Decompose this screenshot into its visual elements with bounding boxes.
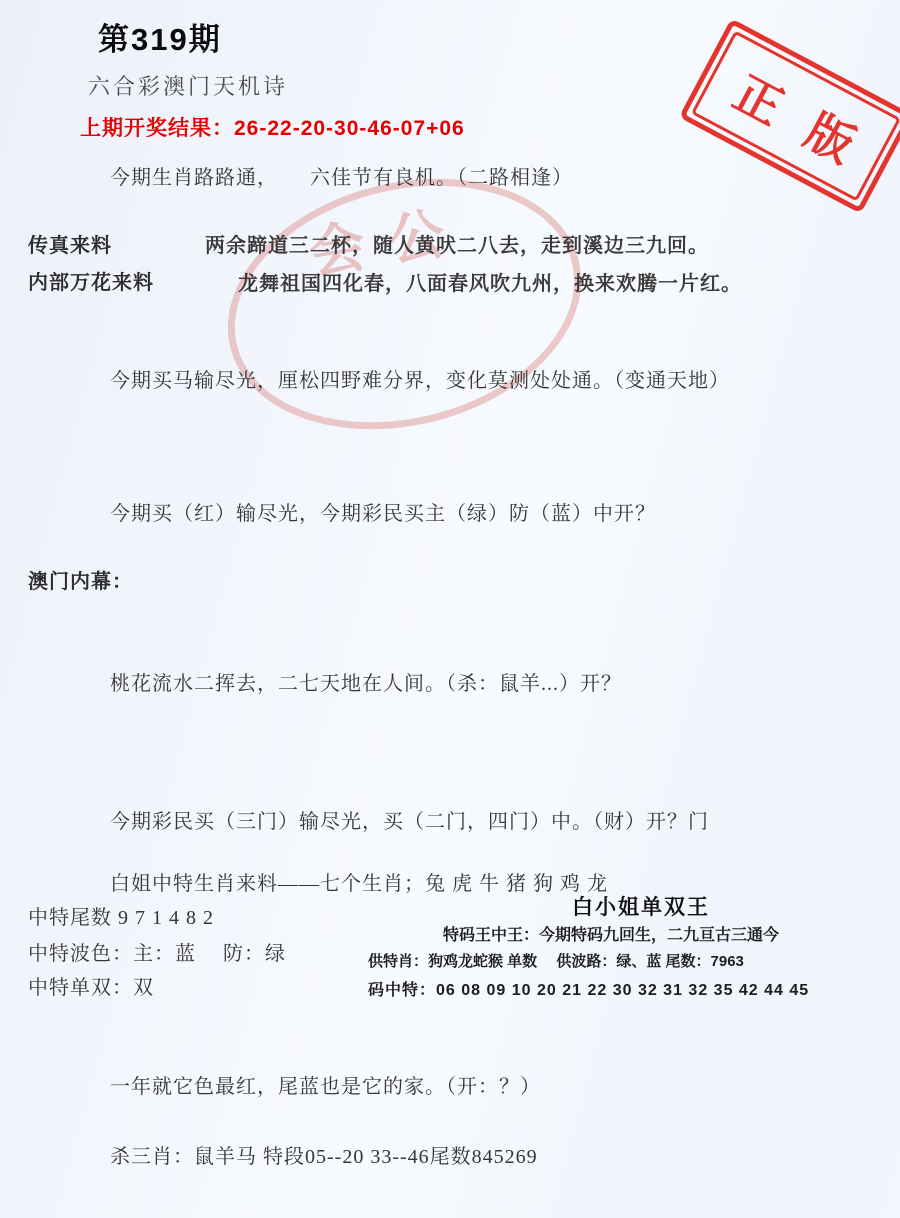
fax-material-poem: 两余蹄道三二杯，随人黄吠二八去，走到溪边三九回。 [205,229,709,258]
poem-zodiac-line: 今期生肖路路通， 六佳节有良机。（二路相逢） [110,161,573,190]
stat-wave-color: 中特波色：主：蓝 防：绿 [28,937,286,966]
round-seal-watermark [201,143,608,465]
stat-odd-even: 中特单双：双 [28,971,154,1000]
document-page: 会公 正版 第319期 六合彩澳门天机诗 上期开奖结果：26-22-20-30-… [0,0,900,1218]
last-draw-result-label: 上期开奖结果： [80,117,234,140]
right-block-title: 白小姐单双王 [572,891,710,921]
stat-tail-numbers: 中特尾数 9 7 1 4 8 2 [28,901,214,930]
last-draw-result-numbers: 26-22-20-30-46-07+06 [234,117,465,140]
special-code-numbers-line: 码中特：06 08 09 10 20 21 22 30 32 31 32 35 … [368,977,809,1000]
poem-color-line: 今期买（红）输尽光，今期彩民买主（绿）防（蓝）中开？ [110,497,656,526]
poem-peach-line: 桃花流水二挥去，二七天地在人间。（杀：鼠羊...）开？ [110,667,622,696]
special-code-king-line: 特码王中王：今期特码九回生，二九亘古三通今 [443,922,779,945]
poem-door-line: 今期彩民买（三门）输尽光，买（二门，四门）中。（财）开？门 [110,805,709,834]
authenticity-stamp: 正版 [679,18,900,214]
last-draw-result: 上期开奖结果：26-22-20-30-46-07+06 [80,112,465,142]
macau-insider-heading: 澳门内幕： [28,565,133,594]
zodiac-list-line: 白姐中特生肖来料——七个生肖；兔 虎 牛 猪 狗 鸡 龙 [110,867,608,896]
poem-horse-line: 今期买马输尽光，厘松四野难分界，变化莫测处处通。（变通天地） [110,364,730,393]
issue-number: 第319期 [98,14,222,59]
internal-material-poem: 龙舞祖国四化春，八面春风吹九州，换来欢腾一片红。 [238,267,742,296]
fax-material-label: 传真来料 [28,229,112,258]
footer-kill-line: 杀三肖：鼠羊马 特段05--20 33--46尾数845269 [110,1140,538,1169]
internal-material-label: 内部万花来料 [28,266,154,295]
document-title: 六合彩澳门天机诗 [88,70,288,101]
footer-year-line: 一年就它色最红，尾蓝也是它的家。（开：？） [110,1070,541,1099]
supply-zodiac-line: 供特肖：狗鸡龙蛇猴 单数 供波路：绿、蓝 尾数：7963 [368,950,744,971]
